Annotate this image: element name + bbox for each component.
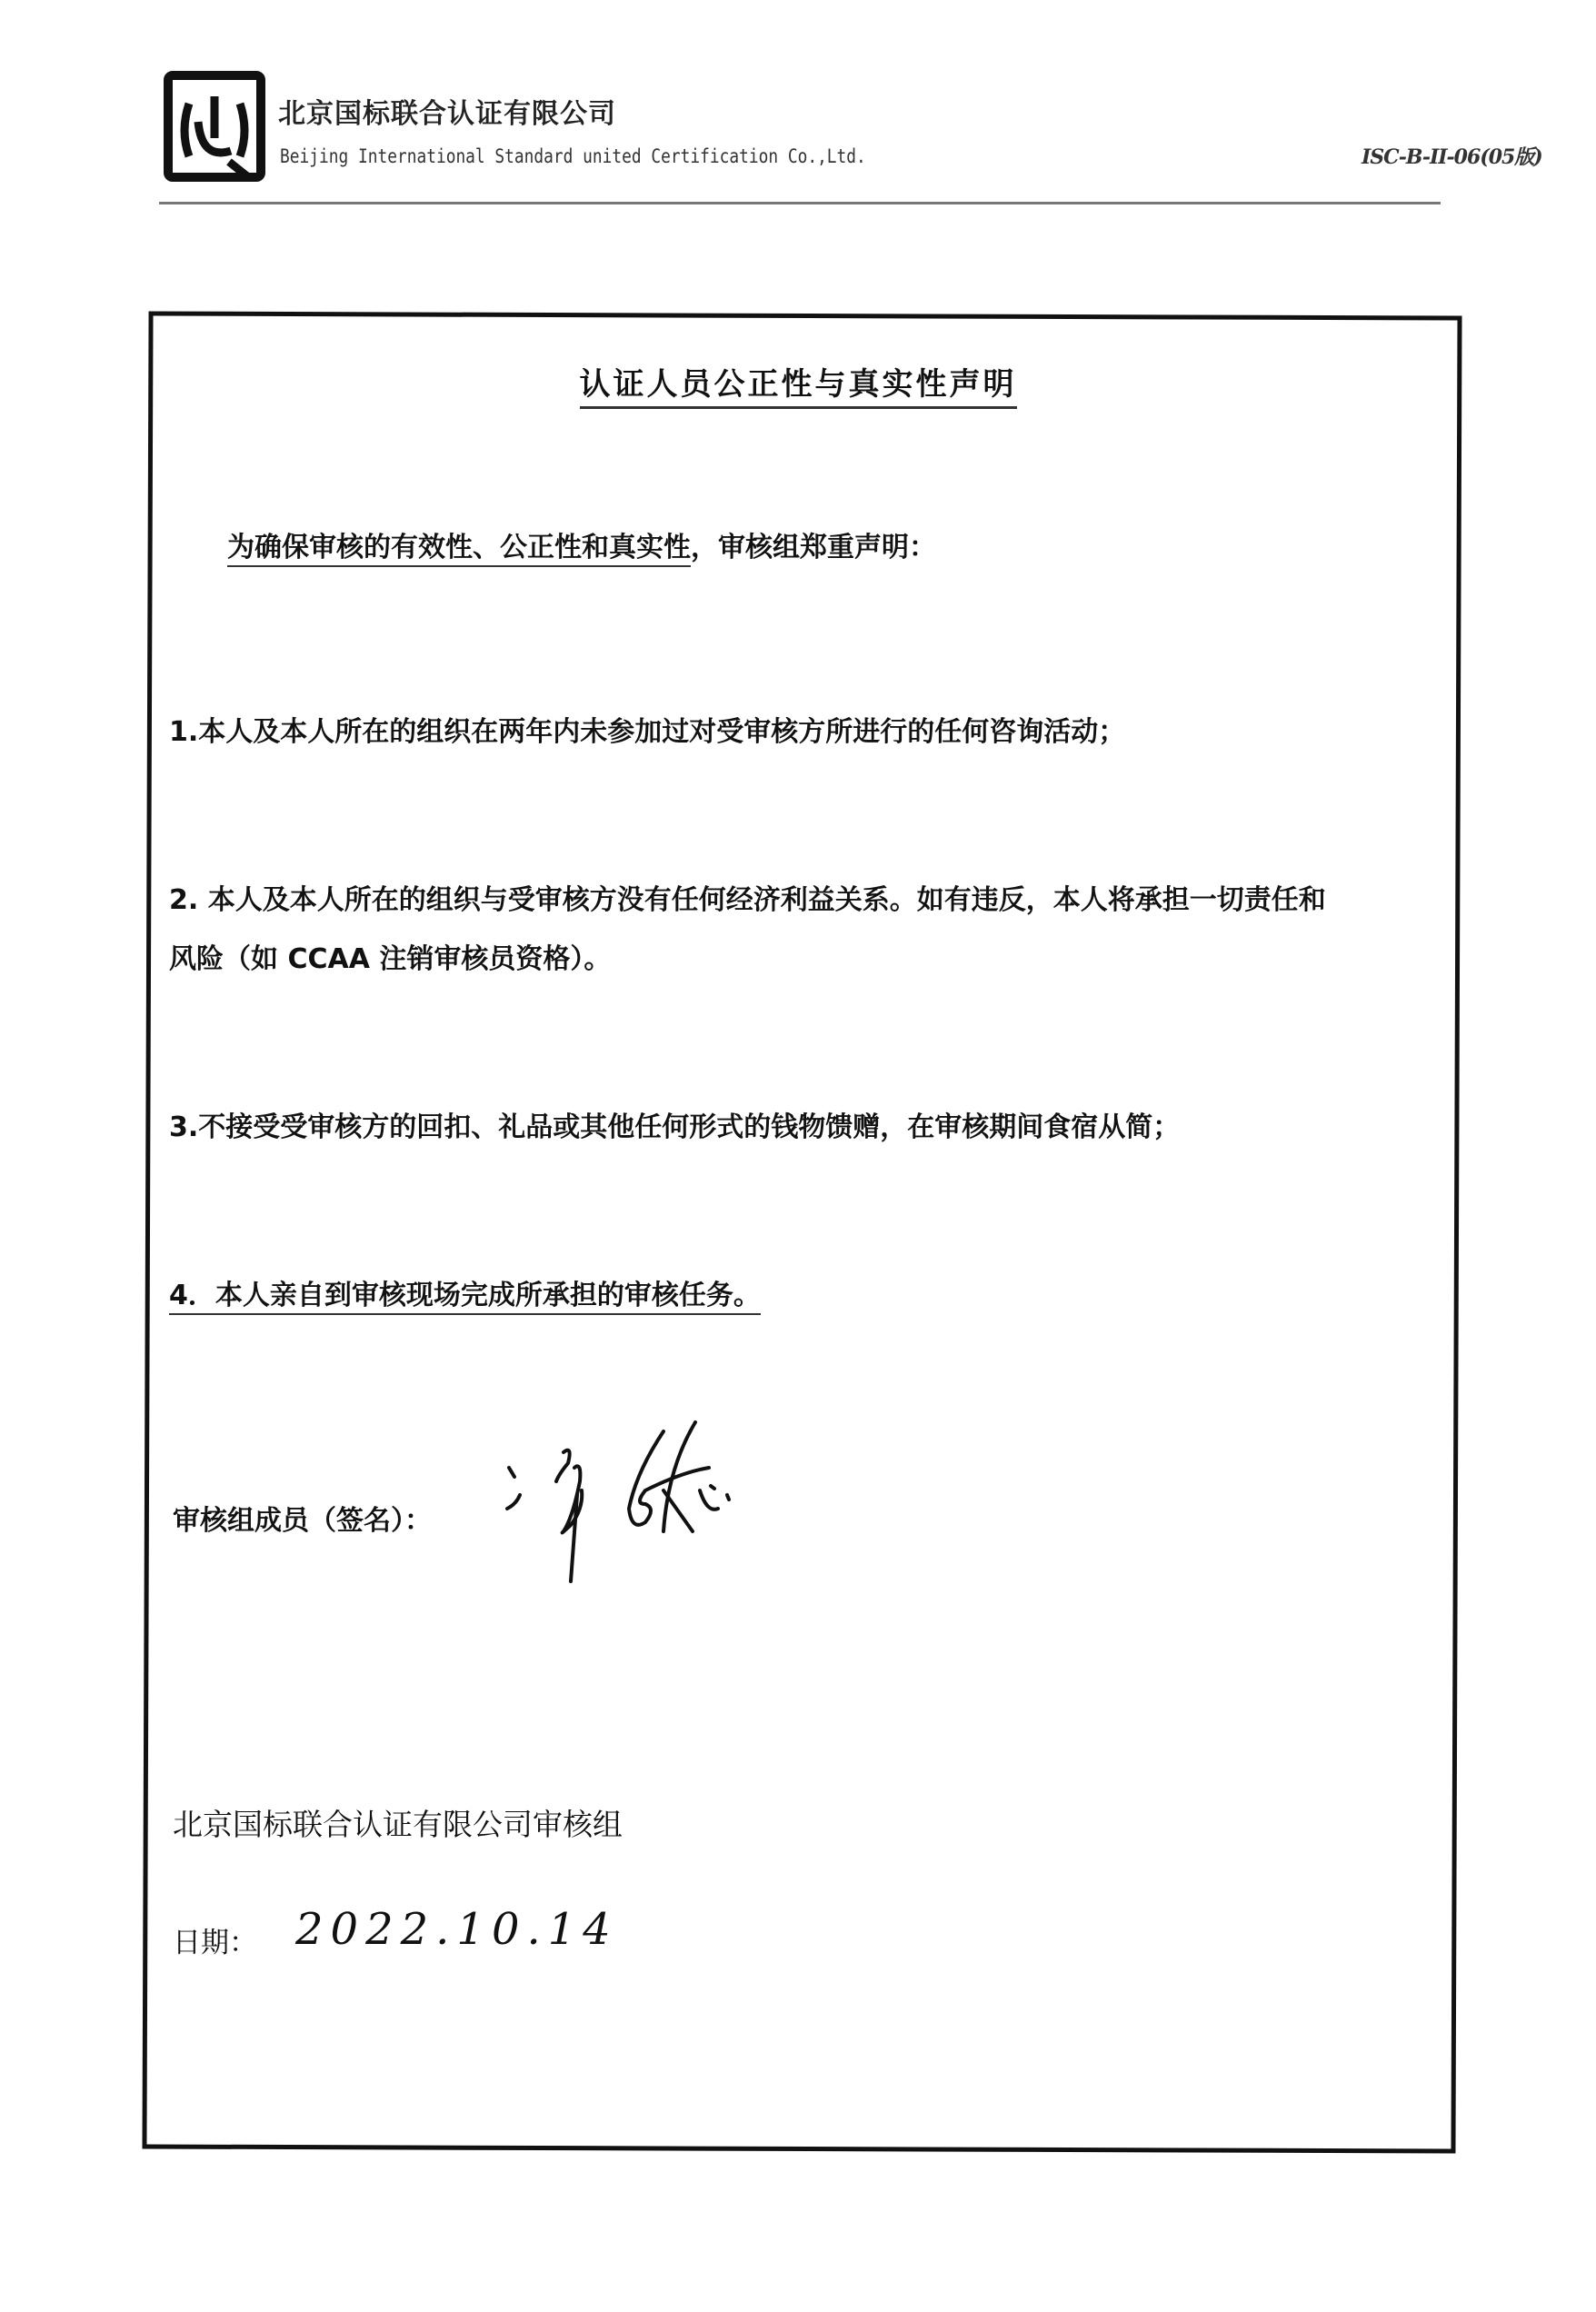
date-label: 日期： <box>173 1919 257 1960</box>
declaration-item-3: 3.不接受受审核方的回扣、礼品或其他任何形式的钱物馈赠，在审核期间食宿从简； <box>169 1104 1180 1144</box>
declaration-item-2-line1: 2. 本人及本人所在的组织与受审核方没有任何经济利益关系。如有违反，本人将承担一… <box>169 877 1326 917</box>
intro-rest: ，审核组郑重声明： <box>691 532 936 563</box>
audit-team-organization: 北京国标联合认证有限公司审核组 <box>173 1801 623 1844</box>
company-name-cn: 北京国标联合认证有限公司 <box>278 91 616 131</box>
declaration-item-4: 4．本人亲自到审核现场完成所承担的审核任务。 <box>169 1272 761 1312</box>
intro-paragraph: 为确保审核的有效性、公正性和真实性，审核组郑重声明： <box>227 524 936 564</box>
company-name-en: Beijing International Standard united Ce… <box>280 145 866 167</box>
handwritten-date: 2022.10.14 <box>295 1904 618 1955</box>
company-logo-icon <box>164 71 265 182</box>
declaration-item-1: 1.本人及本人所在的组织在两年内未参加过对受审核方所进行的任何咨询活动； <box>169 709 1125 749</box>
handwritten-signature <box>500 1418 827 1603</box>
declaration-frame <box>142 311 1461 2153</box>
form-code: ISC-B-II-06(05版) <box>1362 142 1542 170</box>
letterhead: 北京国标联合认证有限公司 Beijing International Stand… <box>164 71 1454 198</box>
document-title-text: 认证人员公正性与真实性声明 <box>580 366 1017 409</box>
intro-underlined: 为确保审核的有效性、公正性和真实性 <box>227 532 691 567</box>
signature-label: 审核组成员（签名）： <box>173 1498 432 1538</box>
header-divider <box>159 202 1441 204</box>
declaration-item-2-line2: 风险（如 CCAA 注销审核员资格）。 <box>169 936 611 976</box>
document-title: 认证人员公正性与真实性声明 <box>0 359 1596 404</box>
declaration-item-4-text: 4．本人亲自到审核现场完成所承担的审核任务。 <box>169 1280 761 1315</box>
